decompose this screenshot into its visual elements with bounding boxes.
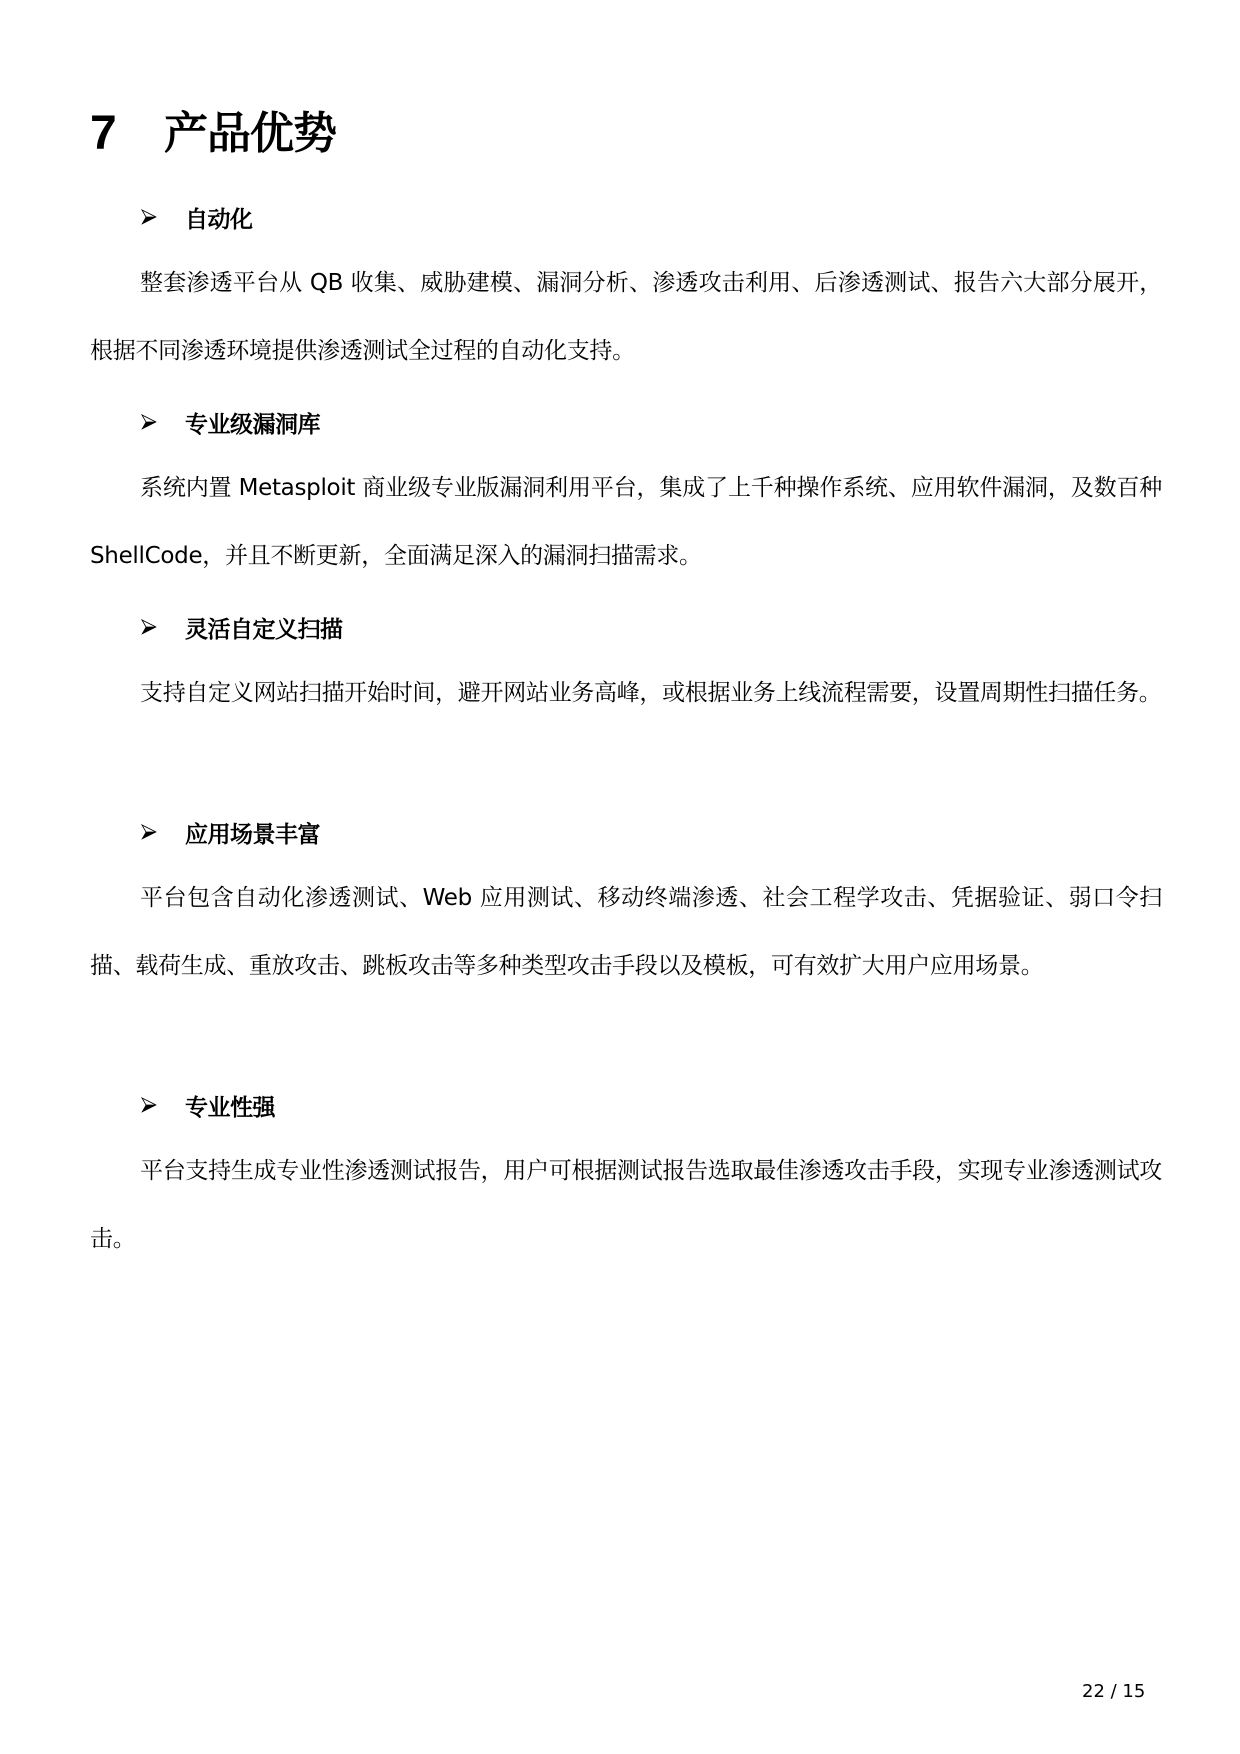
section-body: 平台包含自动化渗透测试、Web 应用测试、移动终端渗透、社会工程学攻击、凭据验证… xyxy=(90,864,1162,1000)
page-number: 22 / 15 xyxy=(1082,1679,1145,1705)
section-heading-label: 灵活自定义扫描 xyxy=(185,611,343,644)
section-heading: 专业级漏洞库 xyxy=(90,404,1162,440)
arrow-bullet-icon xyxy=(141,207,185,227)
section-heading: 专业性强 xyxy=(90,1087,1162,1123)
section-body: 系统内置 Metasploit 商业级专业版漏洞利用平台，集成了上千种操作系统、… xyxy=(90,454,1162,590)
section-heading: 应用场景丰富 xyxy=(90,814,1162,850)
section-heading: 灵活自定义扫描 xyxy=(90,609,1162,645)
section-vulnerability-library: 专业级漏洞库 系统内置 Metasploit 商业级专业版漏洞利用平台，集成了上… xyxy=(90,404,1162,590)
section-heading-label: 应用场景丰富 xyxy=(185,816,320,849)
section-heading: 自动化 xyxy=(90,199,1162,235)
chapter-number: 7 xyxy=(90,104,164,164)
section-rich-scenarios: 应用场景丰富 平台包含自动化渗透测试、Web 应用测试、移动终端渗透、社会工程学… xyxy=(90,814,1162,1000)
arrow-bullet-icon xyxy=(141,822,185,842)
arrow-bullet-icon xyxy=(141,412,185,432)
section-body: 整套渗透平台从 QB 收集、威胁建模、漏洞分析、渗透攻击利用、后渗透测试、报告六… xyxy=(90,249,1162,385)
arrow-bullet-icon xyxy=(141,1095,185,1115)
section-heading-label: 专业级漏洞库 xyxy=(185,406,320,439)
section-automation: 自动化 整套渗透平台从 QB 收集、威胁建模、漏洞分析、渗透攻击利用、后渗透测试… xyxy=(90,199,1162,385)
arrow-bullet-icon xyxy=(141,617,185,637)
document-page: 7 产品优势 自动化 整套渗透平台从 QB 收集、威胁建模、漏洞分析、渗透攻击利… xyxy=(0,0,1240,1754)
section-heading-label: 专业性强 xyxy=(185,1089,275,1122)
section-professional: 专业性强 平台支持生成专业性渗透测试报告，用户可根据测试报告选取最佳渗透攻击手段… xyxy=(90,1087,1162,1273)
section-body: 平台支持生成专业性渗透测试报告，用户可根据测试报告选取最佳渗透攻击手段，实现专业… xyxy=(90,1137,1162,1273)
section-custom-scan: 灵活自定义扫描 支持自定义网站扫描开始时间，避开网站业务高峰，或根据业务上线流程… xyxy=(90,609,1162,727)
section-body: 支持自定义网站扫描开始时间，避开网站业务高峰，或根据业务上线流程需要，设置周期性… xyxy=(90,659,1162,727)
chapter-title: 产品优势 xyxy=(164,104,336,164)
section-heading-label: 自动化 xyxy=(185,201,253,234)
chapter-heading: 7 产品优势 xyxy=(90,104,336,164)
